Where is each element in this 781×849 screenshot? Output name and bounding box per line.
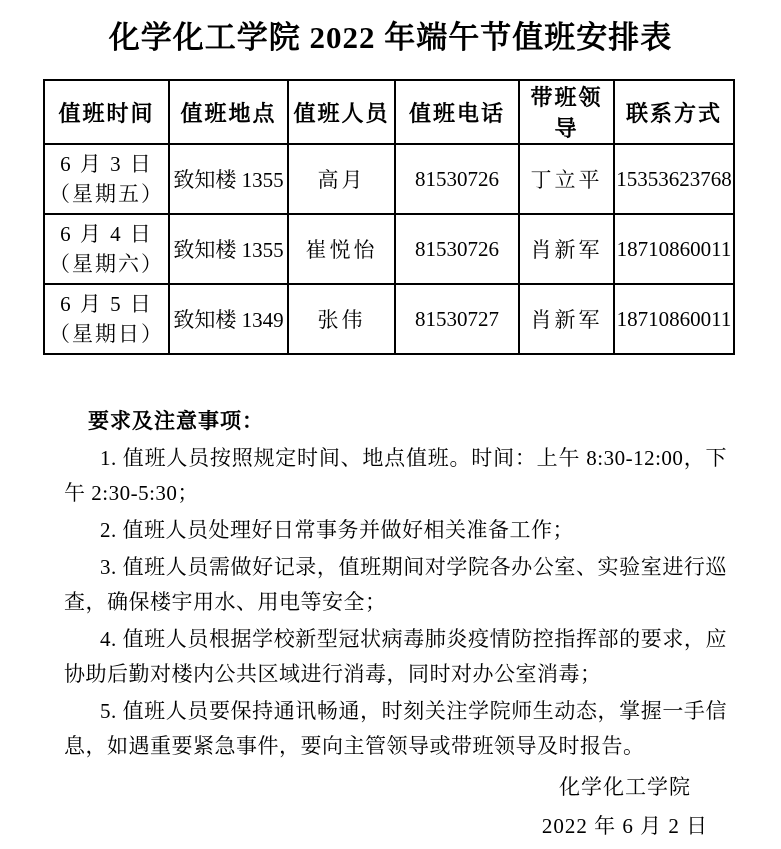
notes-section: 要求及注意事项： 1. 值班人员按照规定时间、地点值班。时间：上午 8:30-1… xyxy=(64,404,727,764)
cell-duty-person: 张伟 xyxy=(288,284,395,354)
page-title: 化学化工学院 2022 年端午节值班安排表 xyxy=(0,12,781,57)
cell-duty-location: 致知楼 1355 xyxy=(169,214,288,284)
cell-contact: 18710860011 xyxy=(614,214,734,284)
duty-weekday: （星期五） xyxy=(45,179,168,209)
cell-duty-leader: 丁立平 xyxy=(519,144,614,214)
cell-duty-time: 6 月 4 日 （星期六） xyxy=(44,214,169,284)
header-duty-person: 值班人员 xyxy=(288,80,395,144)
cell-duty-location: 致知楼 1355 xyxy=(169,144,288,214)
cell-duty-leader: 肖新军 xyxy=(519,214,614,284)
header-duty-time: 值班时间 xyxy=(44,80,169,144)
note-item-2: 2. 值班人员处理好日常事务并做好相关准备工作； xyxy=(64,513,727,548)
cell-duty-person: 高月 xyxy=(288,144,395,214)
duty-weekday: （星期六） xyxy=(45,249,168,279)
cell-duty-person: 崔悦怡 xyxy=(288,214,395,284)
signature-block: 化学化工学院 2022 年 6 月 2 日 xyxy=(495,768,755,846)
cell-duty-time: 6 月 5 日 （星期日） xyxy=(44,284,169,354)
notes-heading: 要求及注意事项： xyxy=(88,404,727,439)
signature-date: 2022 年 6 月 2 日 xyxy=(495,807,755,846)
cell-duty-time: 6 月 3 日 （星期五） xyxy=(44,144,169,214)
note-item-4: 4. 值班人员根据学校新型冠状病毒肺炎疫情防控指挥部的要求，应协助后勤对楼内公共… xyxy=(64,622,727,692)
cell-duty-location: 致知楼 1349 xyxy=(169,284,288,354)
header-contact: 联系方式 xyxy=(614,80,734,144)
note-item-5: 5. 值班人员要保持通讯畅通，时刻关注学院师生动态，掌握一手信息，如遇重要紧急事… xyxy=(64,694,727,764)
header-duty-leader: 带班领导 xyxy=(519,80,614,144)
header-duty-phone: 值班电话 xyxy=(395,80,519,144)
header-duty-location: 值班地点 xyxy=(169,80,288,144)
duty-date: 6 月 3 日 xyxy=(45,149,168,179)
table-row: 6 月 4 日 （星期六） 致知楼 1355 崔悦怡 81530726 肖新军 … xyxy=(44,214,734,284)
cell-duty-phone: 81530727 xyxy=(395,284,519,354)
cell-contact: 15353623768 xyxy=(614,144,734,214)
table-header-row: 值班时间 值班地点 值班人员 值班电话 带班领导 联系方式 xyxy=(44,80,734,144)
table-row: 6 月 5 日 （星期日） 致知楼 1349 张伟 81530727 肖新军 1… xyxy=(44,284,734,354)
table-row: 6 月 3 日 （星期五） 致知楼 1355 高月 81530726 丁立平 1… xyxy=(44,144,734,214)
cell-duty-phone: 81530726 xyxy=(395,214,519,284)
duty-date: 6 月 4 日 xyxy=(45,219,168,249)
duty-weekday: （星期日） xyxy=(45,319,168,349)
duty-schedule-table: 值班时间 值班地点 值班人员 值班电话 带班领导 联系方式 6 月 3 日 （星… xyxy=(43,79,735,355)
cell-duty-leader: 肖新军 xyxy=(519,284,614,354)
note-item-3: 3. 值班人员需做好记录，值班期间对学院各办公室、实验室进行巡查，确保楼宇用水、… xyxy=(64,550,727,620)
cell-duty-phone: 81530726 xyxy=(395,144,519,214)
duty-date: 6 月 5 日 xyxy=(45,289,168,319)
cell-contact: 18710860011 xyxy=(614,284,734,354)
signature-org: 化学化工学院 xyxy=(495,768,755,807)
note-item-1: 1. 值班人员按照规定时间、地点值班。时间：上午 8:30-12:00，下午 2… xyxy=(64,441,727,511)
